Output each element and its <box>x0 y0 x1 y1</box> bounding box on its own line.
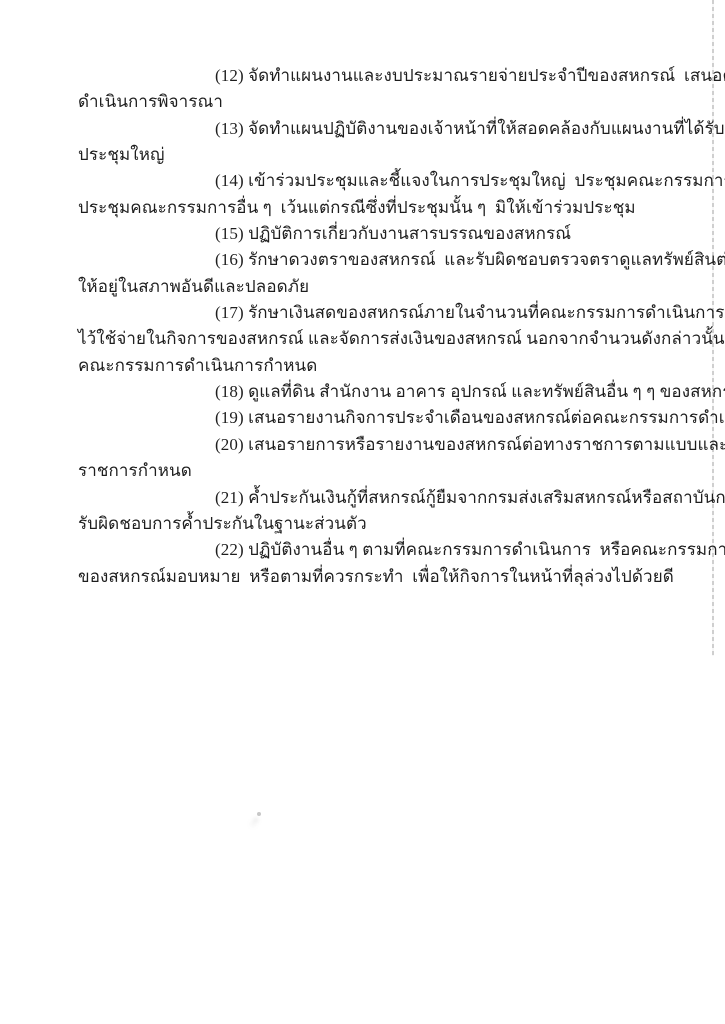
text-line: รับผิดชอบการค้ำประกันในฐานะส่วนตัว <box>78 511 694 537</box>
text-line: (13) จัดทำแผนปฏิบัติงานของเจ้าหน้าที่ให้… <box>78 116 694 142</box>
text-line: ไว้ใช้จ่ายในกิจการของสหกรณ์ และจัดการส่ง… <box>78 326 694 352</box>
text-line: (16) รักษาดวงตราของสหกรณ์ และรับผิดชอบตร… <box>78 247 694 273</box>
text-line: ให้อยู่ในสภาพอันดีและปลอดภัย <box>78 274 694 300</box>
text-line: ประชุมคณะกรรมการอื่น ๆ เว้นแต่กรณีซึ่งที… <box>78 195 694 221</box>
text-line: (21) ค้ำประกันเงินกู้ที่สหกรณ์กู้ยืมจากก… <box>78 485 694 511</box>
text-line: (17) รักษาเงินสดของสหกรณ์ภายในจำนวนที่คณ… <box>78 300 694 326</box>
text-line: (14) เข้าร่วมประชุมและชี้แจงในการประชุมใ… <box>78 168 694 194</box>
text-line: คณะกรรมการดำเนินการกำหนด <box>78 353 694 379</box>
text-line: (12) จัดทำแผนงานและงบประมาณรายจ่ายประจำป… <box>78 63 694 89</box>
document-page: (12) จัดทำแผนงานและงบประมาณรายจ่ายประจำป… <box>0 0 725 1024</box>
text-line: ประชุมใหญ่ <box>78 142 694 168</box>
text-line: (18) ดูแลที่ดิน สำนักงาน อาคาร อุปกรณ์ แ… <box>78 379 694 405</box>
text-line: ดำเนินการพิจารณา <box>78 89 694 115</box>
text-line: (19) เสนอรายงานกิจการประจำเดือนของสหกรณ์… <box>78 405 694 431</box>
text-line: ราชการกำหนด <box>78 458 694 484</box>
text-line: (15) ปฏิบัติการเกี่ยวกับงานสารบรรณของสหก… <box>78 221 694 247</box>
scan-speck <box>257 812 261 816</box>
text-line: ของสหกรณ์มอบหมาย หรือตามที่ควรกระทำ เพื่… <box>78 564 694 590</box>
text-line: (20) เสนอรายการหรือรายงานของสหกรณ์ต่อทาง… <box>78 432 694 458</box>
text-line: (22) ปฏิบัติงานอื่น ๆ ตามที่คณะกรรมการดำ… <box>78 537 694 563</box>
document-lines: (12) จัดทำแผนงานและงบประมาณรายจ่ายประจำป… <box>78 63 694 590</box>
